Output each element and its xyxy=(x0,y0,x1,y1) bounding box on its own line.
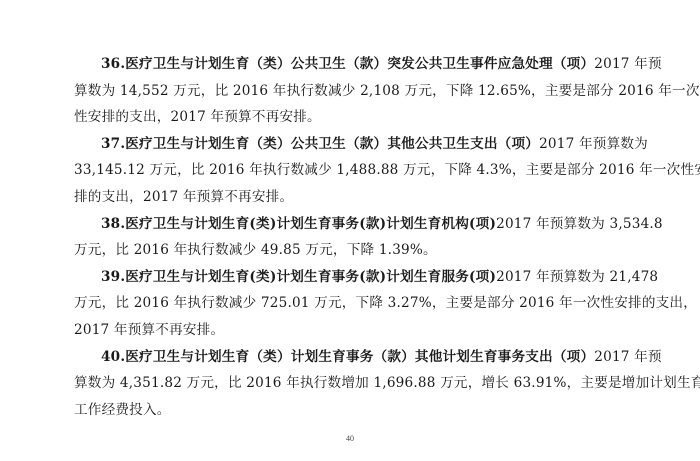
paragraph-line: 37.医疗卫生与计划生育（类）公共卫生（款）其他公共卫生支出（项）2017 年预… xyxy=(74,131,628,158)
paragraph-text: 工作经费投入。 xyxy=(74,402,171,418)
paragraph-line: 33,145.12 万元，比 2016 年执行数减少 1,488.88 万元，下… xyxy=(74,157,628,184)
paragraph-text: 万元，比 2016 年执行数减少 49.85 万元，下降 1.39%。 xyxy=(74,242,437,258)
paragraph-text: 33,145.12 万元，比 2016 年执行数减少 1,488.88 万元，下… xyxy=(74,162,700,178)
document-page: 36.医疗卫生与计划生育（类）公共卫生（款）突发公共卫生事件应急处理（项）201… xyxy=(74,51,628,423)
paragraph-text: 2017 年预算数为 3,534.8 xyxy=(496,216,663,232)
paragraph-text: 2017 年预 xyxy=(594,56,662,72)
paragraph-text: 万元，比 2016 年执行数减少 725.01 万元，下降 3.27%，主要是部… xyxy=(74,295,697,311)
paragraph-line: 工作经费投入。 xyxy=(74,397,628,424)
paragraph-heading: 37.医疗卫生与计划生育（类）公共卫生（款）其他公共卫生支出（项） xyxy=(101,136,539,152)
paragraph-text: 性安排的支出，2017 年预算不再安排。 xyxy=(74,109,321,125)
paragraph-line: 排的支出，2017 年预算不再安排。 xyxy=(74,184,628,211)
paragraph-text: 2017 年预算数为 xyxy=(539,136,648,152)
paragraph-item-36: 36.医疗卫生与计划生育（类）公共卫生（款）突发公共卫生事件应急处理（项）201… xyxy=(74,51,628,131)
paragraph-text: 2017 年预 xyxy=(594,349,662,365)
paragraph-line: 38.医疗卫生与计划生育(类)计划生育事务(款)计划生育机构(项)2017 年预… xyxy=(74,211,628,238)
paragraph-heading: 39.医疗卫生与计划生育(类)计划生育事务(款)计划生育服务(项) xyxy=(101,269,496,285)
paragraph-line: 40.医疗卫生与计划生育（类）计划生育事务（款）其他计划生育事务支出（项）201… xyxy=(74,344,628,371)
paragraph-item-38: 38.医疗卫生与计划生育(类)计划生育事务(款)计划生育机构(项)2017 年预… xyxy=(74,211,628,264)
page-number: 40 xyxy=(0,434,700,443)
paragraph-text: 排的支出，2017 年预算不再安排。 xyxy=(74,189,293,205)
paragraph-line: 性安排的支出，2017 年预算不再安排。 xyxy=(74,104,628,131)
paragraph-text: 2017 年预算数为 21,478 xyxy=(496,269,658,285)
paragraph-line: 36.医疗卫生与计划生育（类）公共卫生（款）突发公共卫生事件应急处理（项）201… xyxy=(74,51,628,78)
paragraph-item-40: 40.医疗卫生与计划生育（类）计划生育事务（款）其他计划生育事务支出（项）201… xyxy=(74,344,628,424)
paragraph-heading: 38.医疗卫生与计划生育(类)计划生育事务(款)计划生育机构(项) xyxy=(101,216,496,232)
paragraph-item-39: 39.医疗卫生与计划生育(类)计划生育事务(款)计划生育服务(项)2017 年预… xyxy=(74,264,628,344)
paragraph-line: 万元，比 2016 年执行数减少 725.01 万元，下降 3.27%，主要是部… xyxy=(74,290,628,317)
paragraph-text: 算数为 4,351.82 万元，比 2016 年执行数增加 1,696.88 万… xyxy=(74,375,700,391)
paragraph-line: 算数为 14,552 万元，比 2016 年执行数减少 2,108 万元，下降 … xyxy=(74,78,628,105)
paragraph-line: 2017 年预算不再安排。 xyxy=(74,317,628,344)
paragraph-text: 算数为 14,552 万元，比 2016 年执行数减少 2,108 万元，下降 … xyxy=(74,83,700,99)
paragraph-item-37: 37.医疗卫生与计划生育（类）公共卫生（款）其他公共卫生支出（项）2017 年预… xyxy=(74,131,628,211)
paragraph-heading: 40.医疗卫生与计划生育（类）计划生育事务（款）其他计划生育事务支出（项） xyxy=(101,349,594,365)
paragraph-heading: 36.医疗卫生与计划生育（类）公共卫生（款）突发公共卫生事件应急处理（项） xyxy=(101,56,594,72)
paragraph-line: 39.医疗卫生与计划生育(类)计划生育事务(款)计划生育服务(项)2017 年预… xyxy=(74,264,628,291)
paragraph-text: 2017 年预算不再安排。 xyxy=(74,322,224,338)
paragraph-line: 万元，比 2016 年执行数减少 49.85 万元，下降 1.39%。 xyxy=(74,237,628,264)
paragraph-line: 算数为 4,351.82 万元，比 2016 年执行数增加 1,696.88 万… xyxy=(74,370,628,397)
